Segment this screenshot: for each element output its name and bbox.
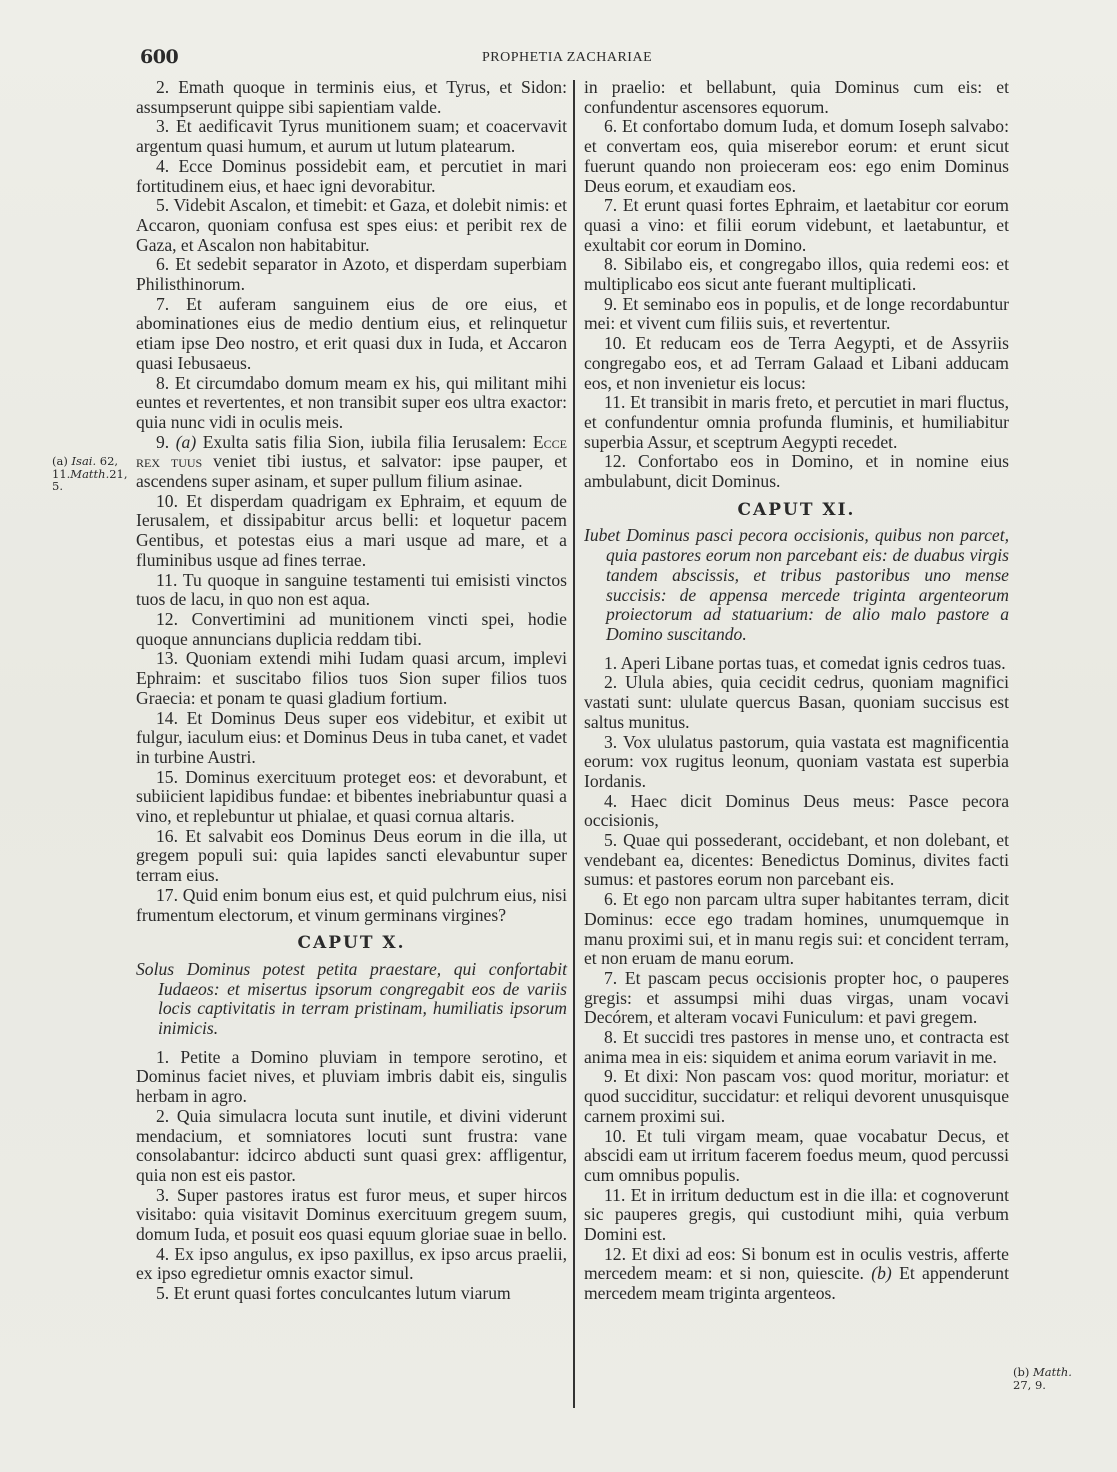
verse: 11. Et in irritum deductum est in die il… <box>584 1186 1009 1245</box>
verse: 7. Et pascam pecus occisionis propter ho… <box>584 969 1009 1028</box>
verse: 2. Emath quoque in terminis eius, et Tyr… <box>136 78 567 117</box>
left-column: 2. Emath quoque in terminis eius, et Tyr… <box>136 78 567 1304</box>
verse-text: Quae qui possederant, occidebant, et non… <box>584 830 1009 889</box>
verse: 3. Et aedificavit Tyrus munitionem suam;… <box>136 117 567 156</box>
verse-number: 15. <box>156 767 178 787</box>
verse: 1. Aperi Libane portas tuas, et comedat … <box>584 654 1009 674</box>
verse-number: 7. <box>604 968 617 988</box>
verse-number: 4. <box>156 156 169 176</box>
verse-text: Sibilabo eis, et congregabo illos, quia … <box>584 254 1009 294</box>
verse-number: 11. <box>156 570 177 590</box>
verse: 10. Et disperdam quadrigam ex Ephraim, e… <box>136 492 567 571</box>
verse-number: 3. <box>156 1185 169 1205</box>
verse-number: 12. <box>604 451 626 471</box>
verse-text: Et Dominus Deus super eos videbitur, et … <box>136 708 567 767</box>
verse: 6. Et ego non parcam ultra super habitan… <box>584 890 1009 969</box>
verse-text: Et transibit in maris freto, et percutie… <box>584 392 1009 451</box>
verse: 11. Tu quoque in sanguine testamenti tui… <box>136 571 567 610</box>
verse-number: 8. <box>156 373 169 393</box>
verse-text: Et reducam eos de Terra Aegypti, et de A… <box>584 333 1009 392</box>
verse: 11. Et transibit in maris freto, et perc… <box>584 393 1009 452</box>
verse: 16. Et salvabit eos Dominus Deus eorum i… <box>136 827 567 886</box>
verse-text: Et salvabit eos Dominus Deus eorum in di… <box>136 826 567 885</box>
verse-number: 7. <box>604 195 617 215</box>
verse: 9. Et seminabo eos in populis, et de lon… <box>584 295 1009 334</box>
verse-number: 3. <box>156 116 169 136</box>
verse-number: 12. <box>156 609 178 629</box>
verse-number: 10. <box>604 1126 626 1146</box>
chapter-11-verses: 1. Aperi Libane portas tuas, et comedat … <box>584 654 1009 1245</box>
verse-text: Et erunt quasi fortes conculcantes lutum… <box>174 1283 511 1303</box>
verse-number: 11. <box>604 1185 625 1205</box>
verse: 1. Petite a Domino pluviam in tempore se… <box>136 1048 567 1107</box>
verse-9: 9. (a) Exulta satis filia Sion, iubila f… <box>136 433 567 492</box>
chapter-10-verses: 1. Petite a Domino pluviam in tempore se… <box>136 1048 567 1304</box>
verse: 8. Et circumdabo domum meam ex his, qui … <box>136 374 567 433</box>
verse-number: 6. <box>604 889 617 909</box>
verse-text: Confortabo eos in Domino, et in nomine e… <box>584 451 1009 491</box>
verse-number: 10. <box>156 491 178 511</box>
verse: 8. Sibilabo eis, et congregabo illos, qu… <box>584 255 1009 294</box>
verse: 7. Et auferam sanguinem eius de ore eius… <box>136 295 567 374</box>
verse-text: Ex ipso angulus, ex ipso paxillus, ex ip… <box>136 1244 567 1284</box>
verse-text: Et ego non parcam ultra super habitantes… <box>584 889 1009 968</box>
verse: 2. Quia simulacra locuta sunt inutile, e… <box>136 1107 567 1186</box>
right-column: in praelio: et bellabunt, quia Dominus c… <box>584 78 1009 1304</box>
verse: 12. Confortabo eos in Domino, et in nomi… <box>584 452 1009 491</box>
verse-text: Et auferam sanguinem eius de ore eius, e… <box>136 294 567 373</box>
chapter-11-title: CAPUT XI. <box>584 501 1009 521</box>
verse-number: 1. <box>604 653 617 673</box>
verse-text: Et disperdam quadrigam ex Ephraim, et eq… <box>136 491 567 570</box>
verse-text: Convertimini ad munitionem vincti spei, … <box>136 609 567 649</box>
verse-text: Videbit Ascalon, et timebit: et Gaza, et… <box>136 195 567 254</box>
verse-number: 5. <box>156 1283 169 1303</box>
verse: 17. Quid enim bonum eius est, et quid pu… <box>136 886 567 925</box>
verse-number: 8. <box>604 1027 617 1047</box>
chapter-11-summary: Iubet Dominus pasci pecora occisionis, q… <box>584 526 1009 644</box>
verse-text: Et in irritum deductum est in die illa: … <box>584 1185 1009 1244</box>
verse-text: Aperi Libane portas tuas, et comedat ign… <box>621 653 1006 673</box>
verse: 4. Haec dicit Dominus Deus meus: Pasce p… <box>584 792 1009 831</box>
verse: 13. Quoniam extendi mihi Iudam quasi arc… <box>136 649 567 708</box>
verse: 4. Ex ipso angulus, ex ipso paxillus, ex… <box>136 1245 567 1284</box>
column-divider <box>573 80 575 1408</box>
verse-number: 2. <box>604 672 617 692</box>
verse-number: 3. <box>604 732 617 752</box>
verse-text: Et erunt quasi fortes Ephraim, et laetab… <box>584 195 1009 254</box>
margin-note-a: (a) Isai. 62, 11.Matth.21, 5. <box>52 455 134 493</box>
verse-number: 13. <box>156 648 178 668</box>
verse-number: 1. <box>156 1047 169 1067</box>
verse-text: Petite a Domino pluviam in tempore serot… <box>136 1047 567 1106</box>
running-head: PROPHETIA ZACHARIAE <box>482 50 652 66</box>
verse: 15. Dominus exercituum proteget eos: et … <box>136 768 567 827</box>
verse-number: 9. <box>604 1066 617 1086</box>
verse-number: 17. <box>156 885 178 905</box>
verse-continuation: in praelio: et bellabunt, quia Dominus c… <box>584 78 1009 117</box>
verse-text: Et tuli virgam meam, quae vocabatur Decu… <box>584 1126 1009 1185</box>
verse-text: Et sedebit separator in Azoto, et disper… <box>136 254 567 294</box>
verse: 3. Vox ululatus pastorum, quia vastata e… <box>584 733 1009 792</box>
verse-text: Et circumdabo domum meam ex his, qui mil… <box>136 373 567 432</box>
chapter-10-verses-cont: 6. Et confortabo domum Iuda, et domum Io… <box>584 117 1009 491</box>
verse-text: Tu quoque in sanguine testamenti tui emi… <box>136 570 567 610</box>
verse: 5. Quae qui possederant, occidebant, et … <box>584 831 1009 890</box>
verse-number: 5. <box>604 830 617 850</box>
verse: 2. Ulula abies, quia cecidit cedrus, quo… <box>584 673 1009 732</box>
verse-text: Quia simulacra locuta sunt inutile, et d… <box>136 1106 567 1185</box>
verse-12: 12. Et dixi ad eos: Si bonum est in ocul… <box>584 1245 1009 1304</box>
verse: 6. Et sedebit separator in Azoto, et dis… <box>136 255 567 294</box>
verse-text: Quid enim bonum eius est, et quid pulchr… <box>136 885 567 925</box>
verse: 9. Et dixi: Non pascam vos: quod moritur… <box>584 1067 1009 1126</box>
verse: 8. Et succidi tres pastores in mense uno… <box>584 1028 1009 1067</box>
verse-number: 8. <box>604 254 617 274</box>
verse: 6. Et confortabo domum Iuda, et domum Io… <box>584 117 1009 196</box>
verse-number: 4. <box>156 1244 169 1264</box>
verse-number: 9. <box>156 432 169 452</box>
margin-note-b: (b) Matth. 27, 9. <box>1013 1366 1103 1391</box>
verse-number: 12. <box>604 1244 626 1264</box>
verse-number: 6. <box>604 116 617 136</box>
chapter-10-summary: Solus Dominus potest petita praestare, q… <box>136 960 567 1039</box>
verse: 12. Convertimini ad munitionem vincti sp… <box>136 610 567 649</box>
verse: 7. Et erunt quasi fortes Ephraim, et lae… <box>584 196 1009 255</box>
verse-text: Vox ululatus pastorum, quia vastata est … <box>584 732 1009 791</box>
verse: 10. Et reducam eos de Terra Aegypti, et … <box>584 334 1009 393</box>
verse-number: 9. <box>604 294 617 314</box>
verse: 3. Super pastores iratus est furor meus,… <box>136 1186 567 1245</box>
footnote-ref-b[interactable]: (b) <box>871 1263 892 1283</box>
verse: 4. Ecce Dominus possidebit eam, et percu… <box>136 157 567 196</box>
verse-text: Ecce Dominus possidebit eam, et percutie… <box>136 156 567 196</box>
verse-number: 2. <box>156 1106 169 1126</box>
verse: 14. Et Dominus Deus super eos videbitur,… <box>136 709 567 768</box>
verse-text: Emath quoque in terminis eius, et Tyrus,… <box>136 77 567 117</box>
verse: 5. Et erunt quasi fortes conculcantes lu… <box>136 1284 567 1304</box>
verse-number: 11. <box>604 392 625 412</box>
verse-number: 7. <box>156 294 169 314</box>
verse-number: 14. <box>156 708 178 728</box>
chapter-9-verses: 2. Emath quoque in terminis eius, et Tyr… <box>136 78 567 433</box>
verse-text: Et pascam pecus occisionis propter hoc, … <box>584 968 1009 1027</box>
chapter-10-title: CAPUT X. <box>136 934 567 954</box>
verse-text: Haec dicit Dominus Deus meus: Pasce peco… <box>584 791 1009 831</box>
chapter-9-verses-cont: 10. Et disperdam quadrigam ex Ephraim, e… <box>136 492 567 925</box>
verse-text: Exulta satis filia Sion, iubila filia Ie… <box>203 432 527 452</box>
verse-number: 16. <box>156 826 178 846</box>
verse-text: Et dixi: Non pascam vos: quod moritur, m… <box>584 1066 1009 1125</box>
verse: 5. Videbit Ascalon, et timebit: et Gaza,… <box>136 196 567 255</box>
verse-text: Et confortabo domum Iuda, et domum Iosep… <box>584 116 1009 195</box>
verse-number: 5. <box>156 195 169 215</box>
verse-text: Ulula abies, quia cecidit cedrus, quonia… <box>584 672 1009 731</box>
verse-number: 4. <box>604 791 617 811</box>
verse-number: 10. <box>604 333 626 353</box>
verse-number: 6. <box>156 254 169 274</box>
footnote-ref-a[interactable]: (a) <box>176 432 197 452</box>
verse-text: Quoniam extendi mihi Iudam quasi arcum, … <box>136 648 567 707</box>
verse-number: 2. <box>156 77 169 97</box>
verse-text: Dominus exercituum proteget eos: et devo… <box>136 767 567 826</box>
verse-text: Super pastores iratus est furor meus, et… <box>136 1185 567 1244</box>
verse-text: Et succidi tres pastores in mense uno, e… <box>584 1027 1009 1067</box>
verse-text: Et aedificavit Tyrus munitionem suam; et… <box>136 116 567 156</box>
verse: 10. Et tuli virgam meam, quae vocabatur … <box>584 1127 1009 1186</box>
page-number: 600 <box>140 46 178 68</box>
verse-text: Et seminabo eos in populis, et de longe … <box>584 294 1009 334</box>
